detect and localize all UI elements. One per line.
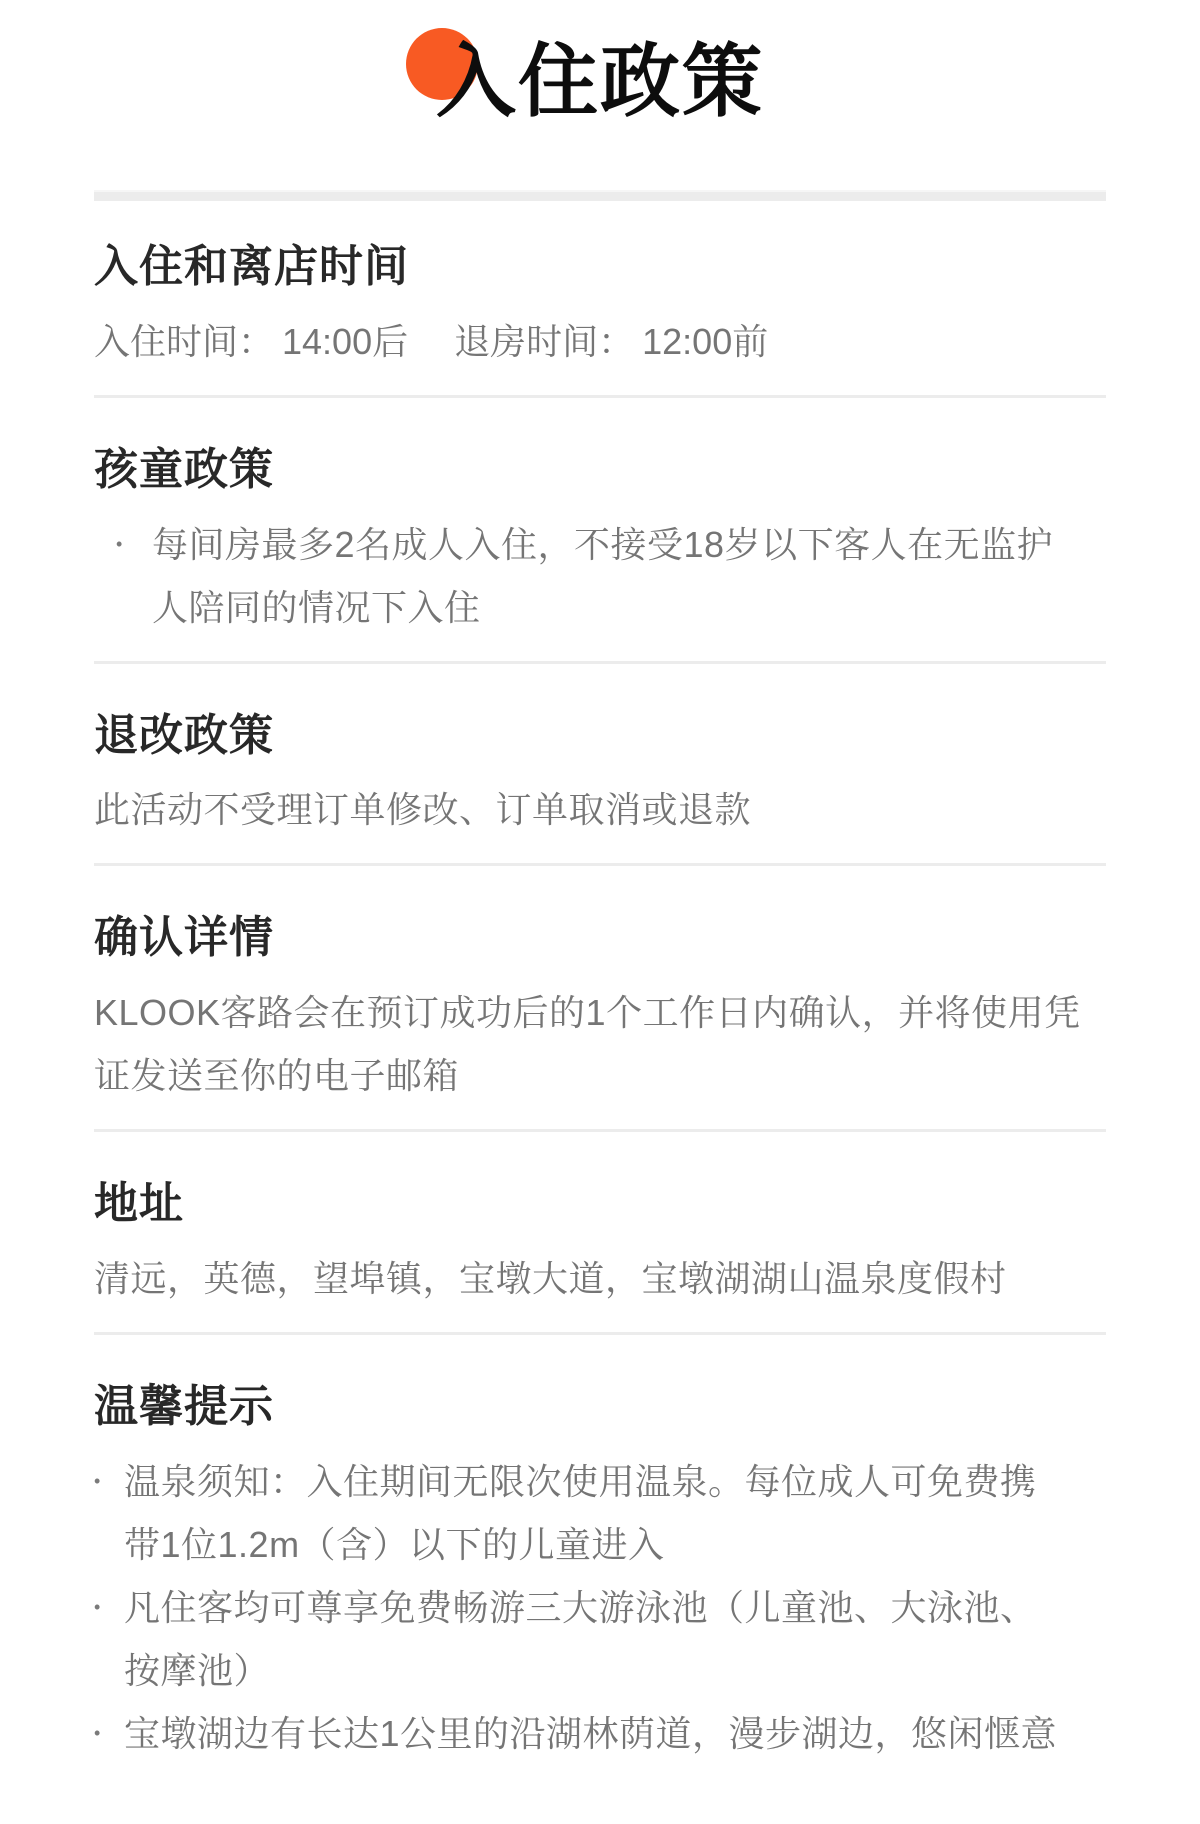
bullet-dot-icon: •	[94, 1702, 124, 1765]
bullet-dot-icon: •	[94, 1576, 124, 1639]
page-title-text: 入住政策	[436, 37, 764, 126]
section-heading: 温馨提示	[94, 1381, 1106, 1434]
checkin-value: 14:00后	[282, 321, 408, 362]
section-heading: 确认详情	[94, 912, 1106, 965]
section-heading: 入住和离店时间	[94, 241, 1106, 294]
section-checkin-checkout: 入住和离店时间 入住时间：14:00后 退房时间：12:00前	[94, 201, 1106, 395]
bullet-item: • 温泉须知：入住期间无限次使用温泉。每位成人可免费携带1位1.2m（含）以下的…	[94, 1450, 1106, 1576]
bullet-text: 凡住客均可尊享免费畅游三大游泳池（儿童池、大泳池、按摩池）	[124, 1576, 1106, 1702]
section-heading: 退改政策	[94, 710, 1106, 763]
page-title-block: 入住政策	[94, 36, 1106, 128]
section-body: 清远，英德，望埠镇，宝墩大道，宝墩湖湖山温泉度假村	[94, 1247, 1106, 1310]
section-confirmation-details: 确认详情 KLOOK客路会在预订成功后的1个工作日内确认，并将使用凭证发送至你的…	[94, 866, 1106, 1129]
bullet-dot-icon: •	[116, 513, 152, 576]
policy-page: 入住政策 入住和离店时间 入住时间：14:00后 退房时间：12:00前 孩童政…	[0, 0, 1200, 1787]
bullet-item: • 宝墩湖边有长达1公里的沿湖林荫道，漫步湖边，悠闲惬意	[94, 1702, 1106, 1765]
bullet-dot-icon: •	[94, 1450, 124, 1513]
section-cancellation-policy: 退改政策 此活动不受理订单修改、订单取消或退款	[94, 664, 1106, 864]
bullet-text: 宝墩湖边有长达1公里的沿湖林荫道，漫步湖边，悠闲惬意	[124, 1702, 1106, 1765]
section-body: KLOOK客路会在预订成功后的1个工作日内确认，并将使用凭证发送至你的电子邮箱	[94, 981, 1106, 1107]
bullet-text: 温泉须知：入住期间无限次使用温泉。每位成人可免费携带1位1.2m（含）以下的儿童…	[124, 1450, 1106, 1576]
bullet-item: • 每间房最多2名成人入住，不接受18岁以下客人在无监护人陪同的情况下入住	[116, 513, 1106, 639]
tips-list: • 温泉须知：入住期间无限次使用温泉。每位成人可免费携带1位1.2m（含）以下的…	[94, 1450, 1106, 1765]
checkin-label: 入住时间：	[94, 321, 274, 362]
checkin-checkout-times: 入住时间：14:00后 退房时间：12:00前	[94, 310, 1106, 373]
page-title: 入住政策	[436, 36, 764, 128]
checkout-time: 退房时间：12:00前	[454, 310, 768, 373]
checkout-value: 12:00前	[642, 321, 768, 362]
section-heading: 孩童政策	[94, 444, 1106, 497]
bullet-item: • 凡住客均可尊享免费畅游三大游泳池（儿童池、大泳池、按摩池）	[94, 1576, 1106, 1702]
child-policy-list: • 每间房最多2名成人入住，不接受18岁以下客人在无监护人陪同的情况下入住	[94, 513, 1106, 639]
section-body: 此活动不受理订单修改、订单取消或退款	[94, 778, 1106, 841]
section-heading: 地址	[94, 1178, 1106, 1231]
bullet-text: 每间房最多2名成人入住，不接受18岁以下客人在无监护人陪同的情况下入住	[152, 513, 1106, 639]
section-child-policy: 孩童政策 • 每间房最多2名成人入住，不接受18岁以下客人在无监护人陪同的情况下…	[94, 398, 1106, 661]
header-divider	[94, 190, 1106, 201]
checkin-time: 入住时间：14:00后	[94, 310, 408, 373]
checkout-label: 退房时间：	[454, 321, 634, 362]
section-address: 地址 清远，英德，望埠镇，宝墩大道，宝墩湖湖山温泉度假村	[94, 1132, 1106, 1332]
section-tips: 温馨提示 • 温泉须知：入住期间无限次使用温泉。每位成人可免费携带1位1.2m（…	[94, 1335, 1106, 1787]
